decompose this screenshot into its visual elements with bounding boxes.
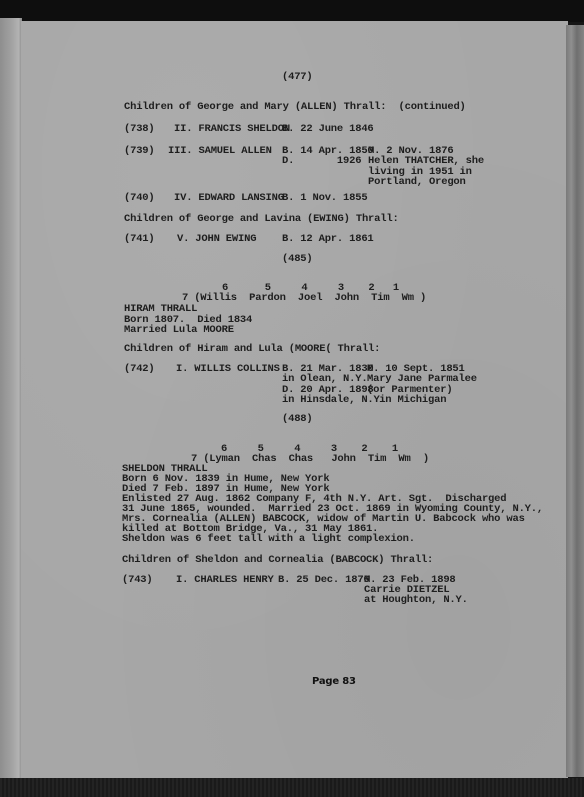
entry-birth: B. 1 Nov. 1855 [282, 192, 367, 205]
entry-name: I. WILLIS COLLINS [176, 363, 280, 376]
entry-birth: B. 25 Dec. 1876 [278, 574, 370, 587]
entry-marriage-line: at Houghton, N.Y. [364, 594, 468, 607]
entry-name: III. SAMUEL ALLEN [168, 145, 272, 158]
entry-id: (738) [124, 123, 155, 136]
entry-birth: B. 22 June 1846 [282, 123, 374, 136]
section-heading: Children of Sheldon and Cornealia (BABCO… [122, 554, 433, 567]
entry-name: I. CHARLES HENRY [176, 574, 274, 587]
page-reference-header: (477) [282, 71, 313, 84]
scan-bottom-border [0, 778, 584, 797]
section-heading: Children of Hiram and Lula (MOORE( Thral… [124, 343, 380, 356]
facing-page-edge [0, 18, 22, 781]
person-detail-line: Married Lula MOORE [124, 324, 234, 337]
entry-name: II. FRANCIS SHELDON [174, 123, 290, 136]
entry-id: (743) [122, 574, 153, 587]
entry-id: (741) [124, 233, 155, 246]
person-detail-line: Sheldon was 6 feet tall with a light com… [122, 533, 415, 546]
scan-top-border [0, 0, 584, 22]
lineage-ancestor-names: 7 (Willis Pardon Joel John Tim Wm ) [182, 292, 426, 305]
page-reference: (488) [282, 413, 313, 426]
page-stack-edge [566, 25, 584, 777]
entry-id: (740) [124, 192, 155, 205]
entry-name: IV. EDWARD LANSING [174, 192, 284, 205]
entry-marriage-line: Portland, Oregon [368, 176, 466, 189]
section-heading: Children of George and Lavina (EWING) Th… [124, 213, 399, 226]
entry-death: D. 1926 [282, 155, 361, 168]
entry-marriage-line: in Michigan [367, 394, 446, 407]
lineage-ancestor-names: 7 (Lyman Chas Chas John Tim Wm ) [191, 453, 429, 466]
section-heading: Children of George and Mary (ALLEN) Thra… [124, 101, 466, 114]
entry-birth: B. 12 Apr. 1861 [282, 233, 374, 246]
page-reference: (485) [282, 253, 313, 266]
entry-id: (742) [124, 363, 155, 376]
entry-name: V. JOHN EWING [177, 233, 256, 246]
entry-id: (739) [124, 145, 155, 158]
page-footer-number: Page 83 [312, 675, 356, 688]
